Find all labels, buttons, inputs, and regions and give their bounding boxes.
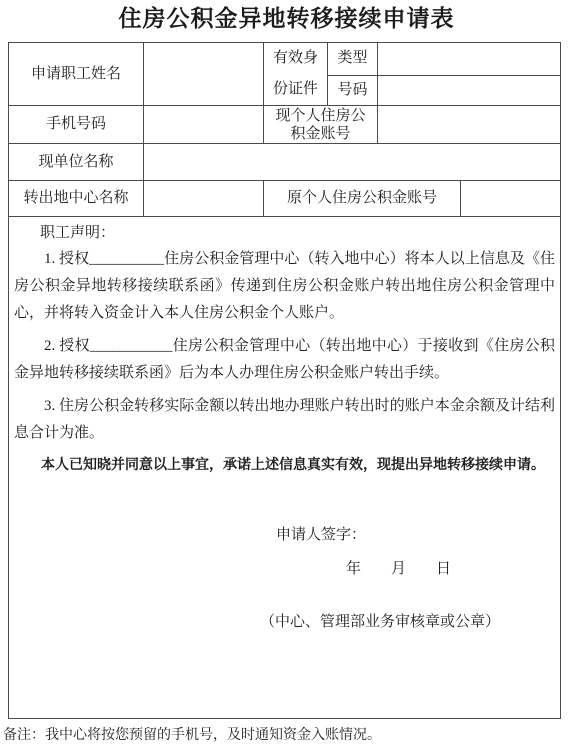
seal-note: （中心、管理部业务审核章或公章） — [12, 612, 557, 632]
application-table: 申请职工姓名 有效身份证件 类型 号码 手机号码 现个人住房公积金账号 现单位名… — [8, 42, 561, 719]
page-title: 住房公积金异地转移接续申请表 — [0, 0, 573, 33]
employer-label: 现单位名称 — [9, 144, 144, 181]
footnote: 备注：我中心将按您预留的手机号，及时通知资金入账情况。 — [3, 726, 573, 745]
current-account-value-cell — [378, 106, 561, 144]
mobile-value-cell — [144, 106, 264, 144]
id-document-label: 有效身份证件 — [264, 43, 328, 106]
applicant-name-label: 申请职工姓名 — [9, 43, 144, 106]
signature-date-line: 年 月 日 — [12, 559, 557, 579]
id-number-value-cell — [378, 75, 561, 105]
declaration-paragraph: 3. 住房公积金转移实际金额以转出地办理账户转出时的账户本金余额及计结利息合计为… — [12, 393, 557, 447]
table-row: 手机号码 现个人住房公积金账号 — [9, 106, 561, 144]
id-type-value-cell — [378, 43, 561, 76]
transfer-center-value-cell — [144, 181, 264, 217]
declaration-confirmation: 本人已知晓并同意以上事宜，承诺上述信息真实有效，现提出异地转移接续申请。 — [12, 453, 557, 479]
original-account-label: 原个人住房公积金账号 — [264, 181, 461, 217]
applicant-signature-label: 申请人签字： — [12, 525, 557, 545]
declaration-paragraph: 1. 授权__________住房公积金管理中心（转入地中心）将本人以上信息及《… — [12, 246, 557, 327]
table-row: 转出地中心名称 原个人住房公积金账号 — [9, 181, 561, 217]
application-form-page: 住房公积金异地转移接续申请表 申请职工姓名 有效身份证件 类型 号码 手机号码 … — [0, 0, 573, 745]
table-row: 申请职工姓名 有效身份证件 类型 — [9, 43, 561, 76]
id-number-label: 号码 — [328, 75, 378, 105]
declaration-row: 职工声明： 1. 授权__________住房公积金管理中心（转入地中心）将本人… — [9, 217, 561, 719]
id-type-label: 类型 — [328, 43, 378, 76]
table-row: 现单位名称 — [9, 144, 561, 181]
applicant-name-value-cell — [144, 43, 264, 106]
declaration-paragraph: 2. 授权___________住房公积金管理中心（转出地中心）于接收到《住房公… — [12, 333, 557, 387]
original-account-value-cell — [461, 181, 561, 217]
declaration-heading: 职工声明： — [12, 220, 557, 246]
transfer-center-label: 转出地中心名称 — [9, 181, 144, 217]
mobile-label: 手机号码 — [9, 106, 144, 144]
declaration-cell: 职工声明： 1. 授权__________住房公积金管理中心（转入地中心）将本人… — [9, 217, 561, 719]
current-account-label: 现个人住房公积金账号 — [264, 106, 378, 144]
employer-value-cell — [144, 144, 561, 181]
